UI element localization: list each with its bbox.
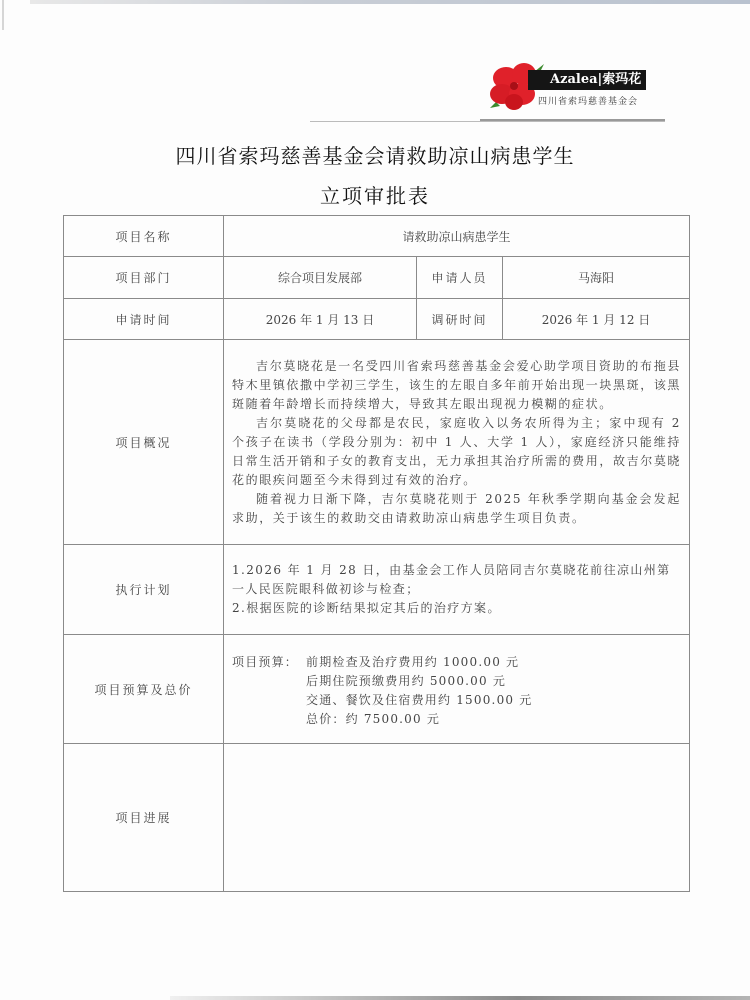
budget-content: 项目预算：前期检查及治疗费用约 1000.00 元 后期住院预缴费用约 5000… bbox=[224, 635, 690, 744]
document-subtitle: 立项审批表 bbox=[0, 180, 750, 209]
research-date-label: 调研时间 bbox=[417, 299, 503, 340]
budget-line: 交通、餐饮及住宿费用约 1500.00 元 bbox=[306, 691, 532, 710]
header-rule-accent bbox=[480, 119, 665, 121]
row-budget: 项目预算及总价 项目预算：前期检查及治疗费用约 1000.00 元 后期住院预缴… bbox=[64, 635, 690, 744]
foundation-logo: Azalea|索玛花 四川省索玛慈善基金会 bbox=[488, 58, 648, 118]
row-dates: 申请时间 2026 年 1 月 13 日 调研时间 2026 年 1 月 12 … bbox=[64, 299, 690, 340]
row-overview: 项目概况 吉尔莫晓花是一名受四川省索玛慈善基金会爱心助学项目资助的布拖县特木里镇… bbox=[64, 340, 690, 545]
scan-edge-bottom bbox=[170, 996, 750, 1000]
project-name-value: 请救助凉山病患学生 bbox=[224, 216, 690, 257]
budget-line: 前期检查及治疗费用约 1000.00 元 bbox=[306, 653, 519, 672]
plan-content: 1.2026 年 1 月 28 日，由基金会工作人员陪同吉尔莫晓花前往凉山州第一… bbox=[224, 545, 690, 635]
department-value: 综合项目发展部 bbox=[224, 257, 417, 299]
plan-item: 1.2026 年 1 月 28 日，由基金会工作人员陪同吉尔莫晓花前往凉山州第一… bbox=[232, 561, 681, 599]
budget-label: 项目预算及总价 bbox=[64, 635, 224, 744]
overview-paragraph: 吉尔莫晓花的父母都是农民，家庭收入以务农所得为主；家中现有 2 个孩子在读书（学… bbox=[232, 414, 681, 490]
document-title: 四川省索玛慈善基金会请救助凉山病患学生 bbox=[0, 140, 750, 169]
applicant-value: 马海阳 bbox=[503, 257, 690, 299]
progress-value bbox=[224, 744, 690, 892]
applicant-label: 申请人员 bbox=[417, 257, 503, 299]
overview-label: 项目概况 bbox=[64, 340, 224, 545]
scan-edge-left bbox=[2, 0, 4, 30]
overview-paragraph: 随着视力日渐下降，吉尔莫晓花则于 2025 年秋季学期向基金会发起求助，关于该生… bbox=[232, 490, 681, 528]
scan-edge-top bbox=[30, 0, 750, 4]
approval-form-table: 项目名称 请救助凉山病患学生 项目部门 综合项目发展部 申请人员 马海阳 申请时… bbox=[63, 215, 690, 892]
overview-paragraph: 吉尔莫晓花是一名受四川省索玛慈善基金会爱心助学项目资助的布拖县特木里镇依撒中学初… bbox=[232, 357, 681, 414]
row-project-name: 项目名称 请救助凉山病患学生 bbox=[64, 216, 690, 257]
logo-brand-en: Azalea bbox=[550, 72, 598, 87]
research-date-value: 2026 年 1 月 12 日 bbox=[503, 299, 690, 340]
apply-date-value: 2026 年 1 月 13 日 bbox=[224, 299, 417, 340]
logo-brand-band: Azalea|索玛花 bbox=[528, 70, 646, 90]
row-plan: 执行计划 1.2026 年 1 月 28 日，由基金会工作人员陪同吉尔莫晓花前往… bbox=[64, 545, 690, 635]
row-department: 项目部门 综合项目发展部 申请人员 马海阳 bbox=[64, 257, 690, 299]
budget-line: 后期住院预缴费用约 5000.00 元 bbox=[306, 672, 506, 691]
budget-total: 总价：约 7500.00 元 bbox=[306, 710, 440, 729]
progress-label: 项目进展 bbox=[64, 744, 224, 892]
logo-org-name: 四川省索玛慈善基金会 bbox=[538, 94, 638, 107]
logo-brand-cn: 索玛花 bbox=[602, 72, 641, 87]
budget-lead: 项目预算： bbox=[232, 653, 306, 672]
plan-item: 2.根据医院的诊断结果拟定其后的治疗方案。 bbox=[232, 599, 681, 618]
department-label: 项目部门 bbox=[64, 257, 224, 299]
project-name-label: 项目名称 bbox=[64, 216, 224, 257]
plan-label: 执行计划 bbox=[64, 545, 224, 635]
header-rule bbox=[310, 121, 665, 122]
overview-content: 吉尔莫晓花是一名受四川省索玛慈善基金会爱心助学项目资助的布拖县特木里镇依撒中学初… bbox=[224, 340, 690, 545]
apply-date-label: 申请时间 bbox=[64, 299, 224, 340]
row-progress: 项目进展 bbox=[64, 744, 690, 892]
